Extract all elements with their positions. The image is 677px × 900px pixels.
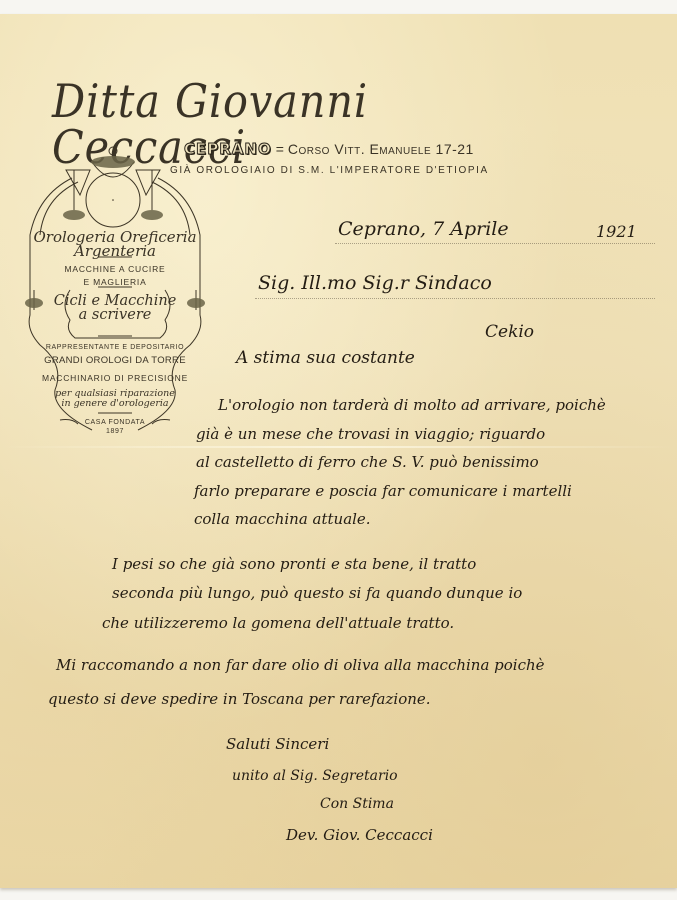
- closing-line: Con Stima: [320, 796, 394, 812]
- body-line: seconda più lungo, può questo si fa quan…: [112, 584, 522, 602]
- founded-label: CASA FONDATA: [20, 419, 210, 426]
- body-line: questo si deve spedire in Toscana per ra…: [48, 690, 431, 708]
- closing-line: Saluti Sinceri: [226, 735, 329, 753]
- emblem-line-8: GRANDI OROLOGI DA TORRE: [20, 355, 210, 366]
- letterhead-subtitle: GIÀ OROLOGIAIO DI S.M. L'IMPERATORE D'ET…: [170, 165, 489, 176]
- founded-year: 1897: [20, 428, 210, 435]
- emblem-line-2: Argenteria: [20, 244, 210, 259]
- body-line: L'orologio non tarderà di molto ad arriv…: [218, 396, 606, 414]
- date-rule: [335, 243, 655, 244]
- body-line: Mi raccomando a non far dare olio di oli…: [56, 656, 545, 674]
- street-address: Corso Vitt. Emanuele 17-21: [288, 141, 474, 157]
- emblem-line-3: MACCHINE A CUCIRE: [20, 264, 210, 274]
- recipient-rule: [255, 298, 655, 299]
- closing-line: unito al Sig. Segretario: [232, 768, 398, 784]
- paper-fold: [0, 446, 677, 448]
- address-line: CEPRANO=Corso Vitt. Emanuele 17-21: [184, 140, 474, 158]
- emblem-line-11: in genere d'orologeria: [20, 399, 210, 409]
- body-line: al castelletto di ferro che S. V. può be…: [196, 453, 539, 471]
- recipient: Sig. Ill.mo Sig.r Sindaco: [258, 272, 492, 294]
- emblem: Orologeria Oreficeria Argenteria MACCHIN…: [20, 140, 210, 440]
- salutation: A stima sua costante: [236, 348, 415, 368]
- signature: Dev. Giov. Ceccacci: [286, 826, 433, 844]
- emblem-line-9: MACCHINARIO DI PRECISIONE: [20, 373, 210, 383]
- body-line: I pesi so che già sono pronti e sta bene…: [112, 555, 476, 573]
- emblem-line-6: a scrivere: [20, 308, 210, 323]
- emblem-line-7: RAPPRESENTANTE E DEPOSITARIO: [20, 344, 210, 351]
- letter-year: 1921: [596, 222, 637, 241]
- emblem-line-4: E MAGLIERIA: [20, 277, 210, 287]
- body-line: farlo preparare e poscia far comunicare …: [194, 482, 572, 500]
- body-line: che utilizzeremo la gomena dell'attuale …: [102, 614, 454, 632]
- recipient-town: Cekio: [485, 322, 534, 342]
- separator: =: [276, 141, 284, 157]
- place-date: Ceprano, 7 Aprile: [338, 218, 509, 240]
- body-line: già è un mese che trovasi in viaggio; ri…: [196, 425, 545, 443]
- body-line: colla macchina attuale.: [194, 510, 371, 528]
